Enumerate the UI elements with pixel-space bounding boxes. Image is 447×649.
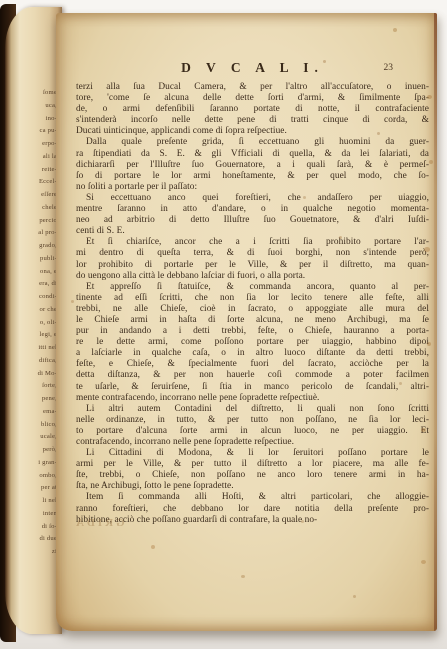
page-edge-text-fragment: legi, e xyxy=(27,329,57,342)
text-line: Et appreſſo ſi ſtatuiſce, & commanda anc… xyxy=(76,282,429,293)
foxing-spot xyxy=(151,545,155,549)
page-edge-text-fragment: di Mo- xyxy=(27,368,57,381)
text-line: hibitione, acciò che poſſano guardarſi d… xyxy=(76,515,429,526)
foxing-spot xyxy=(424,247,430,252)
page-edge-text-fragment: ſorte, xyxy=(27,380,57,393)
page-edge-text-fragment: eſſere xyxy=(27,189,57,202)
text-line: tinente ad eſſi ſcritti, che non ſia lor… xyxy=(76,293,429,304)
foxing-spot xyxy=(377,132,380,135)
previous-page-edge: ſomeuca,ino-ca pu-erpo-ali lareite-Eccel… xyxy=(5,7,62,634)
text-line: Et ſi chiariſce, ancor che a i ſcritti ſ… xyxy=(76,237,429,248)
text-line: no ſoliti a portarle per il paſſato: xyxy=(76,182,429,193)
page-edge-text-fragment: uca, xyxy=(27,100,57,113)
foxing-spot xyxy=(389,306,393,310)
page-edge-text-fragment: itti nel xyxy=(27,342,57,355)
page-edge-text-fragment: ema- xyxy=(27,406,57,419)
text-line: feſte, e Chieſe, & ſpecialmente fuori de… xyxy=(76,359,429,370)
foxing-spot xyxy=(303,196,306,199)
page-edge-text-fragment: erpo- xyxy=(27,138,57,151)
text-line: Ducati uinticinque, applicandi come di ſ… xyxy=(76,126,429,137)
page-edge-text-column: ſomeuca,ino-ca pu-erpo-ali lareite-Eccel… xyxy=(27,87,57,559)
foxing-spot xyxy=(421,428,426,432)
text-line: trebbi, ne alle Chieſe, cioè in ſacrato,… xyxy=(76,304,429,315)
page-edge-text-fragment: ucale, xyxy=(27,431,57,444)
foxing-spot xyxy=(429,160,433,164)
foxing-spot xyxy=(393,28,397,32)
page-edge-text-fragment: ali la xyxy=(27,151,57,164)
page-edge-text-fragment: al pro- xyxy=(27,227,57,240)
text-line: ſo di portare le lor armi honeſtamente, … xyxy=(76,171,429,182)
text-line: Item ſi commanda alli Hoſti, & altri par… xyxy=(76,492,429,503)
page-edge-text-fragment: ca pu- xyxy=(27,125,57,138)
foxing-spot xyxy=(241,575,245,578)
foxing-spot xyxy=(301,520,304,523)
text-line: le Chieſe armi in haſta di ſorte alcuna,… xyxy=(76,315,429,326)
page-edge-text-fragment: difica, xyxy=(27,355,57,368)
page-edge-text-fragment: o, oli- xyxy=(27,317,57,330)
text-line: a laſciarle in qualche caſa, o in altro … xyxy=(76,348,429,359)
text-line: Li altri autem Contadini del diſtretto, … xyxy=(76,404,429,415)
text-line: s'intenderà incorſo nelle dette pene di … xyxy=(76,115,429,126)
text-line: Si eccettuano anco quei foreſtieri, che … xyxy=(76,193,429,204)
page-edge-text-fragment: grado, xyxy=(27,240,57,253)
running-header: D V C A L I. 23 xyxy=(76,60,429,78)
page-edge-text-fragment: i gran- xyxy=(27,457,57,470)
foxing-spot xyxy=(323,60,326,63)
text-line: mentre ſaranno in atto d'andare, o in qu… xyxy=(76,204,429,215)
page-right-edge xyxy=(434,13,437,631)
text-line: do uengono alla città le debbano laſciar… xyxy=(76,271,429,282)
page-edge-text-fragment: Eccel- xyxy=(27,176,57,189)
page-edge-text-fragment: condi- xyxy=(27,291,57,304)
text-line: dichiararſi per l'Illuſtre ſuo Gouernato… xyxy=(76,160,429,171)
text-line: ſta, ne Archibugi, ſotto le pene ſoprade… xyxy=(76,481,429,492)
page-edge-text-fragment: inten xyxy=(27,508,57,521)
page-edge-text-fragment: publi- xyxy=(27,253,57,266)
page-edge-text-fragment: zi xyxy=(27,546,57,559)
text-line: nelle ordinanze, in tutto, & per tutto n… xyxy=(76,415,429,426)
text-line: ranno foreſtieri, che debbano lor dare n… xyxy=(76,504,429,515)
foxing-spot xyxy=(399,382,402,385)
text-line: to portare d'alcuna ſorte armi in alcun … xyxy=(76,426,429,437)
text-line: terzi alla ſua Ducal Camera, & per l'alt… xyxy=(76,82,429,93)
page-edge-text-fragment: percio xyxy=(27,215,57,228)
book-photo: ſomeuca,ino-ca pu-erpo-ali lareite-Eccel… xyxy=(0,0,447,649)
book-page: D V C A L I. 23 terzi alla ſua Ducal Cam… xyxy=(56,13,437,631)
page-edge-text-fragment: chele xyxy=(27,202,57,215)
page-edge-text-fragment: per at xyxy=(27,482,57,495)
page-edge-text-fragment: pene, xyxy=(27,393,57,406)
text-line: ra ſtipendiati da S. E. & gli Vfficiali … xyxy=(76,149,429,160)
header-title: D V C A L I. xyxy=(76,60,429,76)
text-line: mente contrafacendo, incorrano nelle pen… xyxy=(76,393,429,404)
text-line: de, o armi defenſibili ſaranno portate d… xyxy=(76,104,429,115)
page-edge-text-fragment: ſome xyxy=(27,87,57,100)
text-line: detta diſtanza, & per non hauerle coſi c… xyxy=(76,370,429,381)
page-edge-text-fragment: però, xyxy=(27,444,57,457)
page-edge-text-fragment: li nel xyxy=(27,495,57,508)
foxing-spot xyxy=(71,300,74,303)
page-edge-text-fragment: or che xyxy=(27,304,57,317)
text-line: pur in andando a i detti trebbi, feſte, … xyxy=(76,326,429,337)
page-edge-text-fragment: ona, e xyxy=(27,266,57,279)
text-line: Dalla quale preſente grida, ſi eccettuan… xyxy=(76,137,429,148)
text-line: Li Cittadini di Modona, & li lor ſeruito… xyxy=(76,448,429,459)
text-block: terzi alla ſua Ducal Camera, & per l'alt… xyxy=(76,82,429,526)
foxing-spot xyxy=(339,236,342,239)
text-line: armi per le Ville, & per tutto il diſtre… xyxy=(76,459,429,470)
foxing-spot xyxy=(353,595,356,598)
foxing-spot xyxy=(427,342,431,346)
text-line: centi di S. E. xyxy=(76,226,429,237)
text-line: mi dentro di queſta terra, & di ſuoi bor… xyxy=(76,248,429,259)
page-edge-text-fragment: ombo, xyxy=(27,470,57,483)
page-edge-text-fragment: era, di xyxy=(27,278,57,291)
page-number: 23 xyxy=(384,63,394,73)
text-line: te uſarle, & ſeruirſene, ſi ſtia in manc… xyxy=(76,382,429,393)
text-line: ſte, trebbi, o Chieſe, non poſſano ne an… xyxy=(76,470,429,481)
text-line: tore, 'come ſe alcuna delle dette ſorti … xyxy=(76,93,429,104)
text-line: re le dette armi, come poſſono portare p… xyxy=(76,337,429,348)
text-line: contrafacendo, incorrano nelle pene ſopr… xyxy=(76,437,429,448)
page-edge-text-fragment: ino- xyxy=(27,113,57,126)
page-edge-text-fragment: di ſo- xyxy=(27,521,57,534)
text-line: neo ad arbitrio di detto Illuſtre ſuo Go… xyxy=(76,215,429,226)
page-edge-text-fragment: reite- xyxy=(27,164,57,177)
foxing-spot xyxy=(421,560,426,564)
page-edge-text-fragment: blico, xyxy=(27,419,57,432)
foxing-spot xyxy=(427,95,432,99)
page-edge-text-fragment: di due xyxy=(27,533,57,546)
ink-bleed-through: GRIDA xyxy=(73,517,125,529)
text-line: lor prohibito di portarle per le Ville, … xyxy=(76,260,429,271)
